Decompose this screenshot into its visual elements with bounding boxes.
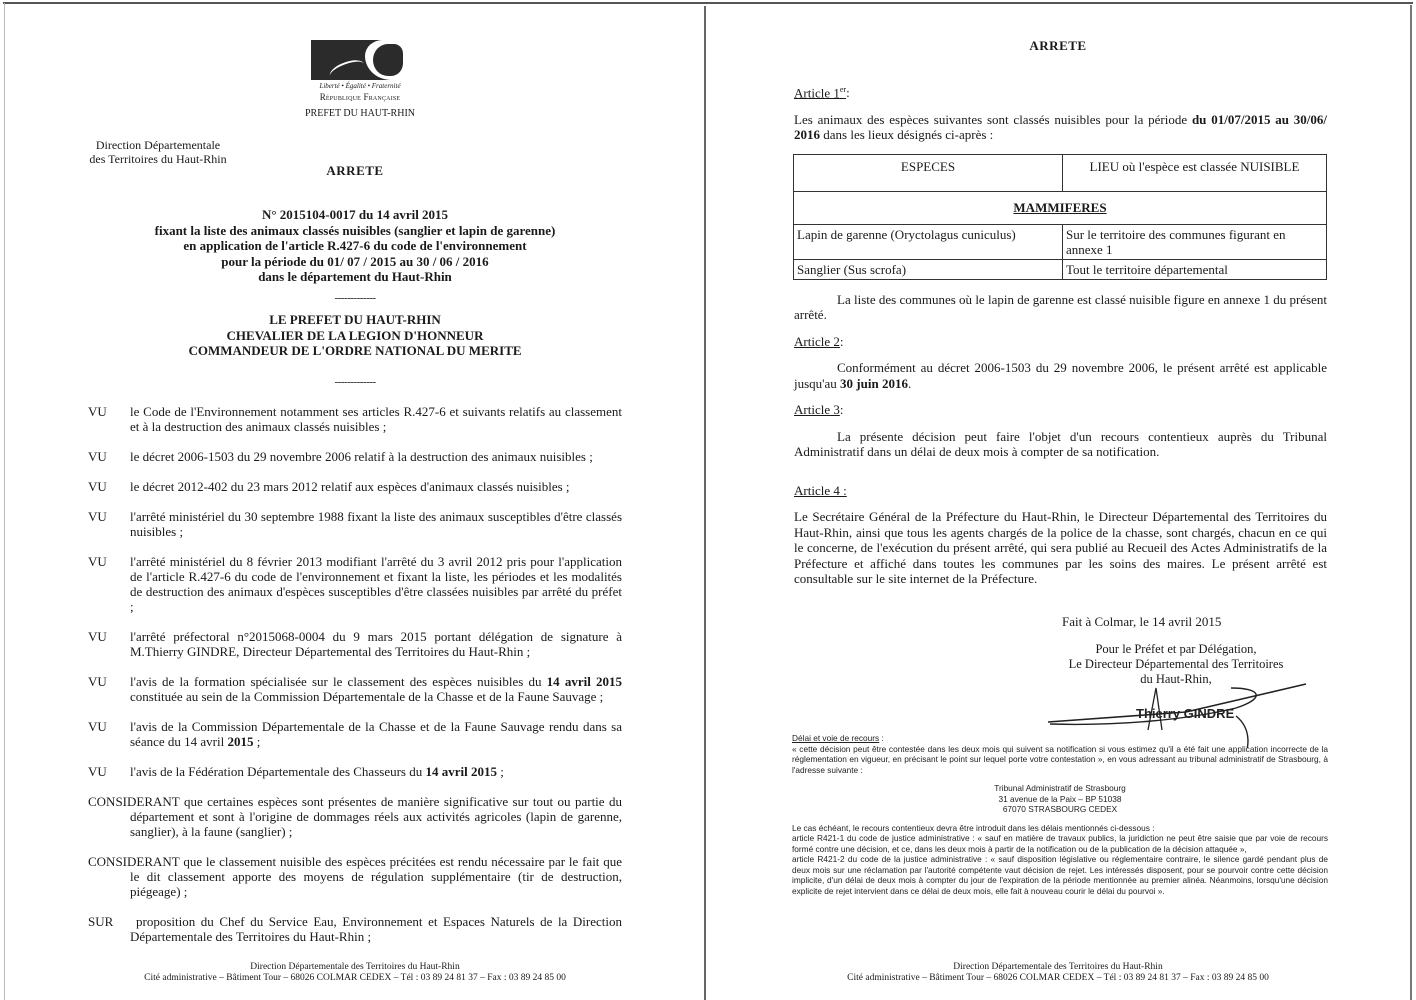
considerant-item: CONSIDERANT que le classement nuisible d… bbox=[88, 854, 622, 899]
article-3-text: La présente décision peut faire l'objet … bbox=[794, 429, 1327, 460]
address-line: 31 avenue de la Paix – BP 51038 bbox=[792, 794, 1328, 805]
article-heading-suffix: : bbox=[846, 85, 850, 101]
appeal-intro: « cette décision peut être contestée dan… bbox=[792, 744, 1328, 776]
decision-heading: N° 2015104-0017 du 14 avril 2015 fixant … bbox=[0, 207, 710, 285]
species-table: ESPECES LIEU où l'espèce est classée NUI… bbox=[793, 154, 1327, 280]
vu-text-part: constituée au sein de la Commission Dépa… bbox=[130, 689, 603, 704]
vu-text-part: l'avis de la Commission Départementale d… bbox=[130, 719, 622, 749]
vu-key: VU bbox=[88, 404, 130, 434]
appeal-heading-suffix: : bbox=[879, 733, 884, 743]
vu-item: VU le décret 2012-402 du 23 mars 2012 re… bbox=[88, 479, 622, 494]
republic-logo: Liberté • Égalité • Fraternité Républiqu… bbox=[300, 40, 420, 119]
vu-bold-date: 14 avril 2015 bbox=[425, 764, 497, 779]
considerant-key: CONSIDERANT bbox=[88, 854, 180, 869]
article-text: . bbox=[908, 376, 911, 391]
article-2-text: Conformément au décret 2006-1503 du 29 n… bbox=[794, 360, 1327, 391]
vu-key: VU bbox=[88, 719, 130, 749]
vu-item: VU l'avis de la Commission Départemental… bbox=[88, 719, 622, 749]
direction-line: Direction Départementale bbox=[88, 138, 228, 152]
vu-text: l'arrêté ministériel du 8 février 2013 m… bbox=[130, 554, 622, 614]
group-label: MAMMIFERES bbox=[794, 191, 1327, 224]
location-cell: Tout le territoire départemental bbox=[1063, 259, 1327, 279]
considerant-key: CONSIDERANT bbox=[88, 794, 180, 809]
considerant-item: CONSIDERANT que certaines espèces sont p… bbox=[88, 794, 622, 839]
article-1-heading: Article 1er : bbox=[794, 82, 1327, 101]
vu-text-part: l'avis de la formation spécialisée sur l… bbox=[130, 674, 547, 689]
appeal-heading: Délai et voie de recours bbox=[792, 733, 879, 743]
page-footer: Direction Départementale des Territoires… bbox=[706, 962, 1410, 984]
direction-header: Direction Départementale des Territoires… bbox=[88, 138, 228, 166]
table-row: Sanglier (Sus scrofa) Tout le territoire… bbox=[794, 259, 1327, 279]
decision-line: dans le département du Haut-Rhin bbox=[0, 269, 710, 285]
article-4-text: Le Secrétaire Général de la Préfecture d… bbox=[794, 509, 1327, 587]
prefet-title-line: LE PREFET DU HAUT-RHIN bbox=[0, 312, 710, 328]
vu-text: l'avis de la Fédération Départementale d… bbox=[130, 764, 622, 779]
location-cell: Sur le territoire des communes figurant … bbox=[1063, 224, 1327, 259]
page-2: ARRETE Article 1er : Les animaux des esp… bbox=[706, 0, 1410, 1000]
vu-key: VU bbox=[88, 674, 130, 704]
article-bold-date: 30 juin 2016 bbox=[840, 376, 908, 391]
prefet-title-line: CHEVALIER DE LA LEGION D'HONNEUR bbox=[0, 328, 710, 344]
visas-list: VU le Code de l'Environnement notamment … bbox=[88, 404, 622, 959]
vu-text-part: l'avis de la Fédération Départementale d… bbox=[130, 764, 425, 779]
decision-line: en application de l'article R.427-6 du c… bbox=[0, 238, 710, 254]
vu-bold-date: 14 avril 2015 bbox=[547, 674, 622, 689]
vu-text: l'avis de la formation spécialisée sur l… bbox=[130, 674, 622, 704]
vu-item: VU l'arrêté préfectoral n°2015068-0004 d… bbox=[88, 629, 622, 659]
footer-line: Cité administrative – Bâtiment Tour – 68… bbox=[706, 973, 1410, 984]
table-row: Lapin de garenne (Oryctolagus cuniculus)… bbox=[794, 224, 1327, 259]
appeal-notice: Délai et voie de recours : « cette décis… bbox=[792, 733, 1328, 896]
article-heading-text: Article 3 bbox=[794, 402, 840, 417]
vu-text-part: ; bbox=[253, 734, 260, 749]
scan-right-border bbox=[1410, 5, 1412, 1000]
column-header-location: LIEU où l'espèce est classée NUISIBLE bbox=[1063, 154, 1327, 191]
considerant-text: que le classement nuisible des espèces p… bbox=[130, 854, 622, 899]
logo-republic: République Française bbox=[300, 92, 420, 102]
column-header-species: ESPECES bbox=[794, 154, 1063, 191]
page-1: Liberté • Égalité • Fraternité Républiqu… bbox=[0, 0, 704, 1000]
vu-key: VU bbox=[88, 629, 130, 659]
prefet-titles: LE PREFET DU HAUT-RHIN CHEVALIER DE LA L… bbox=[0, 312, 710, 359]
vu-text: le décret 2006-1503 du 29 novembre 2006 … bbox=[130, 449, 622, 464]
vu-text: l'arrêté préfectoral n°2015068-0004 du 9… bbox=[130, 629, 622, 659]
vu-item: VU l'avis de la Fédération Départemental… bbox=[88, 764, 622, 779]
signature-line: Pour le Préfet et par Délégation, bbox=[1046, 642, 1306, 657]
footer-line: Direction Départementale des Territoires… bbox=[0, 962, 710, 973]
vu-item: VU l'arrêté ministériel du 30 septembre … bbox=[88, 509, 622, 539]
decision-number: N° 2015104-0017 du 14 avril 2015 bbox=[0, 207, 710, 223]
article-3-heading: Article 3 : bbox=[794, 402, 1327, 418]
table-header-row: ESPECES LIEU où l'espèce est classée NUI… bbox=[794, 154, 1327, 191]
article-heading-text: Article 2 bbox=[794, 334, 840, 349]
considerant-text: que certaines espèces sont présentes de … bbox=[130, 794, 622, 839]
intro-text: Les animaux des espèces suivantes sont c… bbox=[794, 112, 1192, 127]
vu-key: VU bbox=[88, 479, 130, 494]
document-title: ARRETE bbox=[0, 163, 710, 179]
vu-key: VU bbox=[88, 509, 130, 539]
vu-text: le Code de l'Environnement notamment ses… bbox=[130, 404, 622, 434]
vu-bold-date: 2015 bbox=[227, 734, 253, 749]
appeal-detail: article R421-2 du code de la justice adm… bbox=[792, 854, 1328, 896]
article-1-note: La liste des communes où le lapin de gar… bbox=[794, 292, 1327, 323]
vu-item: VU le décret 2006-1503 du 29 novembre 20… bbox=[88, 449, 622, 464]
address-line: 67070 STRASBOURG CEDEX bbox=[792, 804, 1328, 815]
article-1-intro: Les animaux des espèces suivantes sont c… bbox=[794, 112, 1327, 143]
separator: ------------- bbox=[0, 292, 710, 304]
article-heading-text: Article 1 bbox=[794, 85, 840, 100]
intro-text: dans les lieux désignés ci-après : bbox=[820, 127, 993, 142]
vu-item: VU l'avis de la formation spécialisée su… bbox=[88, 674, 622, 704]
appeal-detail: article R421-1 du code de justice admini… bbox=[792, 833, 1328, 854]
article-4-heading: Article 4 : bbox=[794, 483, 1327, 499]
vu-item: VU l'arrêté ministériel du 8 février 201… bbox=[88, 554, 622, 614]
separator: ------------- bbox=[0, 376, 710, 388]
sur-text: proposition du Chef du Service Eau, Envi… bbox=[130, 914, 622, 944]
vu-key: VU bbox=[88, 449, 130, 464]
vu-key: VU bbox=[88, 554, 130, 614]
species-cell: Lapin de garenne (Oryctolagus cuniculus) bbox=[794, 224, 1063, 259]
place-date: Fait à Colmar, le 14 avril 2015 bbox=[1062, 614, 1221, 630]
sur-item: SUR proposition du Chef du Service Eau, … bbox=[88, 914, 622, 944]
signatory-name: Thierry GINDRE bbox=[1136, 706, 1234, 721]
vu-item: VU le Code de l'Environnement notamment … bbox=[88, 404, 622, 434]
article-2-heading: Article 2 : bbox=[794, 334, 1327, 350]
page-footer: Direction Départementale des Territoires… bbox=[0, 962, 710, 984]
decision-line: pour la période du 01/ 07 / 2015 au 30 /… bbox=[0, 254, 710, 270]
decision-line: fixant la liste des animaux classés nuis… bbox=[0, 223, 710, 239]
footer-line: Cité administrative – Bâtiment Tour – 68… bbox=[0, 973, 710, 984]
vu-text-part: ; bbox=[497, 764, 504, 779]
prefet-title-line: COMMANDEUR DE L'ORDRE NATIONAL DU MERITE bbox=[0, 343, 710, 359]
vu-text: le décret 2012-402 du 23 mars 2012 relat… bbox=[130, 479, 622, 494]
vu-text: l'arrêté ministériel du 30 septembre 198… bbox=[130, 509, 622, 539]
address-line: Tribunal Administratif de Strasbourg bbox=[792, 783, 1328, 794]
logo-motto: Liberté • Égalité • Fraternité bbox=[300, 82, 420, 90]
document-title: ARRETE bbox=[706, 38, 1410, 54]
tribunal-address: Tribunal Administratif de Strasbourg 31 … bbox=[792, 783, 1328, 815]
vu-text: l'avis de la Commission Départementale d… bbox=[130, 719, 622, 749]
vu-key: VU bbox=[88, 764, 130, 779]
footer-line: Direction Départementale des Territoires… bbox=[706, 962, 1410, 973]
appeal-detail: Le cas échéant, le recours contentieux d… bbox=[792, 823, 1328, 834]
species-cell: Sanglier (Sus scrofa) bbox=[794, 259, 1063, 279]
sur-key: SUR bbox=[88, 914, 130, 944]
marianne-logo-icon bbox=[311, 40, 409, 80]
table-group-row: MAMMIFERES bbox=[794, 191, 1327, 224]
logo-prefet: PREFET DU HAUT-RHIN bbox=[300, 108, 420, 119]
articles: Article 1er : Les animaux des espèces su… bbox=[794, 82, 1327, 598]
